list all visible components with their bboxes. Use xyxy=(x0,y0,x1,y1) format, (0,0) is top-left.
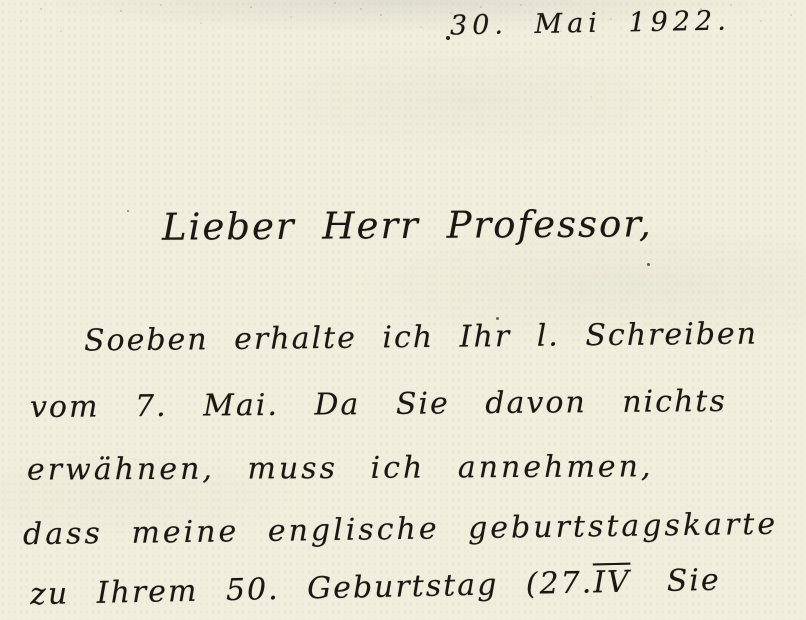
body-line-5-text: zu Ihrem 50. Geburtstag (27. xyxy=(30,565,594,612)
body-line-1: Soeben erhalte ich Ihr l. Schreiben xyxy=(84,316,758,358)
body-line-4: dass meine englische geburtstagskarte xyxy=(23,507,779,553)
body-line-3: erwähnen, muss ich annehmen, xyxy=(27,449,654,487)
ink-speck xyxy=(647,263,650,266)
roman-numeral-overline: IV xyxy=(593,565,631,601)
letter-page: 30. Mai 1922. Lieber Herr Professor, Soe… xyxy=(0,0,806,620)
ink-speck xyxy=(127,210,129,212)
salutation: Lieber Herr Professor, xyxy=(162,202,653,248)
date-line: 30. Mai 1922. xyxy=(450,6,731,42)
body-line-5-end: Sie xyxy=(666,563,721,599)
body-line-2: vom 7. Mai. Da Sie davon nichts xyxy=(30,384,727,425)
paper-speckles xyxy=(0,0,2,2)
body-line-5: zu Ihrem 50. Geburtstag (27.IVSie xyxy=(30,563,721,612)
